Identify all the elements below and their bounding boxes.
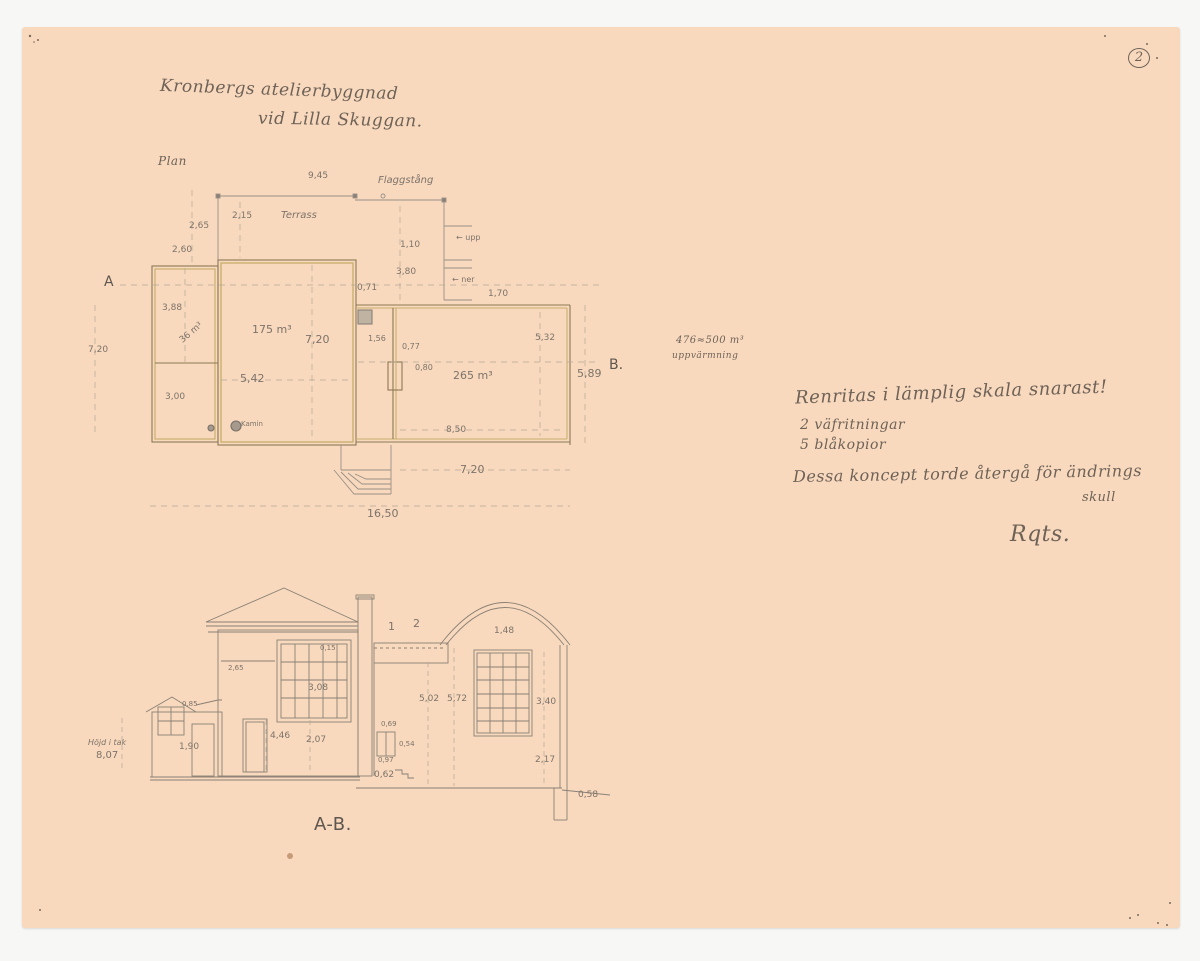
terrace-label: Terrass — [281, 210, 317, 221]
sec-dim-door-h: 2,07 — [306, 735, 326, 745]
sec-dim-wall-h: 4,46 — [270, 731, 290, 741]
dim-studio-volume: 175 m³ — [252, 323, 292, 336]
dim-terrace-depth-inner: 2,15 — [232, 211, 252, 221]
stove-label: Kamin — [241, 420, 263, 428]
terrace-outline — [216, 194, 472, 300]
sec-dim-062: 0,62 — [374, 770, 394, 780]
dim-hall-width: 1,56 — [368, 334, 386, 343]
sec-dim-502: 5,02 — [419, 694, 439, 704]
sec-dim-069: 0,69 — [381, 720, 397, 728]
dim-studio-height: 7,20 — [305, 333, 330, 346]
dim-studio2-height: 5,32 — [535, 333, 555, 343]
sec-dim-window-large: 3,08 — [308, 683, 328, 693]
sec-dim-sill-h: 2,17 — [535, 755, 555, 765]
sec-hojd-value: 8,07 — [96, 750, 118, 761]
dim-room1-height: 3,88 — [162, 303, 182, 313]
dim-top-right: 1,70 — [488, 289, 508, 299]
sec-dim-015: 0,15 — [320, 644, 336, 652]
dim-total-width: 16,50 — [367, 507, 399, 520]
dim-left-wing-width: 2,60 — [172, 245, 192, 255]
dim-wall: 0,71 — [357, 283, 377, 293]
entrance-steps — [334, 445, 391, 494]
plan-label: Plan — [158, 154, 187, 168]
dim-overall-top: 9,45 — [308, 171, 328, 181]
section-dimension-lines — [122, 648, 544, 786]
sec-hojd-label: Höjd i tak — [88, 738, 126, 747]
dimension-lines — [95, 190, 600, 506]
sec-dim-low-h: 1,90 — [179, 742, 199, 752]
sec-dim-arch-h: 1,48 — [494, 626, 514, 636]
stairs-up-label: ← upp — [456, 233, 480, 242]
sec-dim-win-h: 3,40 — [536, 697, 556, 707]
dim-outer-height: 5,89 — [577, 367, 602, 380]
section-mark-b: B. — [609, 357, 623, 373]
sec-dim-foundation: 0,58 — [578, 790, 598, 800]
sec-dim-054: 0,54 — [399, 740, 415, 748]
section-mark-a: A — [104, 274, 114, 290]
dim-left-height: 7,20 — [88, 345, 108, 355]
sec-dim-265: 2,65 — [228, 664, 244, 672]
sec-dim-572: 5,72 — [447, 694, 467, 704]
note-drawings-count: 2 väfritningar — [800, 417, 905, 433]
volume-note: 476≈500 m³ — [676, 335, 744, 346]
dim-door: 0,80 — [415, 363, 433, 372]
drawing-title-line2: vid Lilla Skuggan. — [258, 109, 423, 132]
volume-caption: uppvärmning — [672, 351, 738, 361]
dim-terrace-depth: 2,65 — [189, 221, 209, 231]
flagpole-label: Flaggstång — [378, 175, 433, 186]
dim-door-2: 0,77 — [402, 342, 420, 351]
dim-studio2-volume: 265 m³ — [453, 369, 493, 382]
dim-terrace-right: 3,80 — [396, 267, 416, 277]
note-return-concept-cont: skull — [1082, 490, 1116, 505]
sec-mark-2: 2 — [413, 617, 420, 630]
signature: Rqts. — [1010, 522, 1070, 547]
stairs-down-label: ← ner — [452, 275, 475, 284]
sec-dim-small: 0,85 — [182, 700, 198, 708]
dim-studio-width: 5,42 — [240, 372, 265, 385]
dim-terrace-right-v: 1,10 — [400, 240, 420, 250]
dim-studio2-width: 8,50 — [446, 425, 466, 435]
dim-right-wing-width: 7,20 — [460, 463, 485, 476]
page-number-badge: 2 — [1128, 48, 1150, 68]
sec-mark-1: 1 — [388, 620, 395, 633]
dim-room2-height: 3,00 — [165, 392, 185, 402]
section-label: A-B. — [314, 814, 352, 835]
note-blueprints-count: 5 blåkopior — [800, 437, 886, 453]
sec-dim-097: 0,97 — [378, 756, 394, 764]
